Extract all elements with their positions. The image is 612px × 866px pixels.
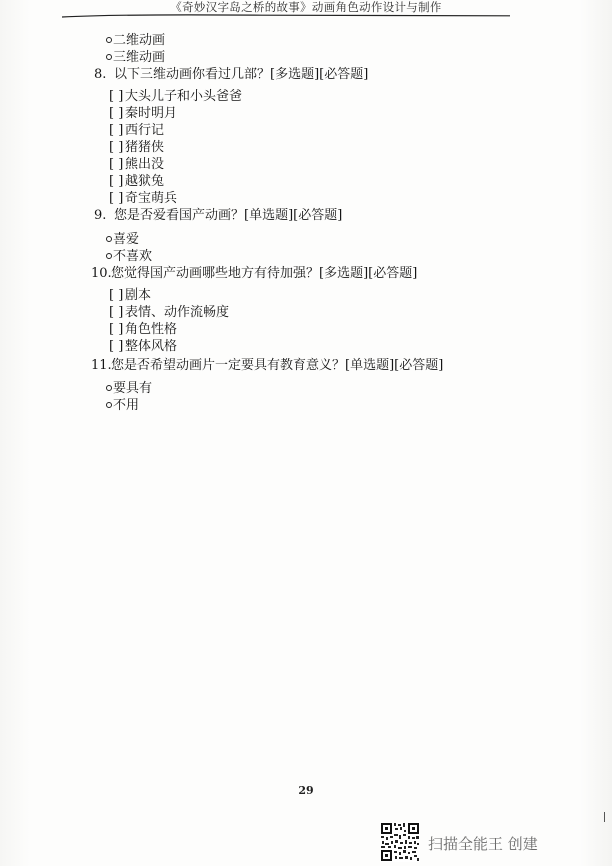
question-title: 您觉得国产动画哪些地方有待加强？ <box>111 266 319 281</box>
question-type: [单选题] <box>345 358 394 373</box>
question-required: [必答题] <box>319 67 368 82</box>
checkbox-icon: [ ] <box>109 140 125 156</box>
checkbox-icon: [ ] <box>109 123 125 139</box>
checkbox-option[interactable]: [ ]奇宝萌兵 <box>109 191 177 207</box>
checkbox-option[interactable]: [ ]大头儿子和小头爸爸 <box>109 89 242 105</box>
radio-circle-icon <box>106 402 112 408</box>
checkbox-option[interactable]: [ ]西行记 <box>109 123 164 139</box>
checkbox-option[interactable]: [ ]越狱兔 <box>109 174 164 190</box>
radio-option[interactable]: 喜爱 <box>106 232 139 248</box>
radio-circle-icon <box>106 236 112 242</box>
checkbox-icon: [ ] <box>109 288 125 304</box>
checkbox-icon: [ ] <box>109 106 125 122</box>
qr-code-icon <box>380 822 420 862</box>
checkbox-option[interactable]: [ ]整体风格 <box>109 339 177 355</box>
question-title: 您是否希望动画片一定要具有教育意义？ <box>111 358 345 373</box>
watermark-text: 扫描全能王 创建 <box>428 833 538 854</box>
radio-option[interactable]: 要具有 <box>106 381 152 397</box>
question-heading: 11.您是否希望动画片一定要具有教育意义？[单选题][必答题] <box>91 358 443 374</box>
question-number: 10. <box>91 266 111 282</box>
radio-circle-icon <box>106 37 112 43</box>
checkbox-icon: [ ] <box>109 339 125 355</box>
checkbox-option[interactable]: [ ]猪猪侠 <box>109 140 164 156</box>
radio-circle-icon <box>106 253 112 259</box>
page-number: 29 <box>0 784 612 797</box>
header-rule <box>62 14 510 16</box>
question-heading: 9.您是否爱看国产动画？[单选题][必答题] <box>94 208 342 224</box>
radio-option[interactable]: 三维动画 <box>106 50 165 66</box>
checkbox-option[interactable]: [ ]秦时明月 <box>109 106 177 122</box>
radio-option[interactable]: 不喜欢 <box>106 249 152 265</box>
scanned-page-background <box>0 0 612 866</box>
question-required: [必答题] <box>368 266 417 281</box>
checkbox-option[interactable]: [ ]熊出没 <box>109 157 164 173</box>
checkbox-option[interactable]: [ ]角色性格 <box>109 322 177 338</box>
checkbox-icon: [ ] <box>109 157 125 173</box>
checkbox-icon: [ ] <box>109 322 125 338</box>
question-required: [必答题] <box>394 358 443 373</box>
radio-circle-icon <box>106 385 112 391</box>
question-title: 您是否爱看国产动画？ <box>114 208 244 223</box>
question-type: [多选题] <box>319 266 368 281</box>
question-type: [多选题] <box>270 67 319 82</box>
checkbox-icon: [ ] <box>109 191 125 207</box>
question-type: [单选题] <box>244 208 293 223</box>
question-heading: 10.您觉得国产动画哪些地方有待加强？[多选题][必答题] <box>91 266 417 282</box>
question-title: 以下三维动画你看过几部？ <box>114 67 270 82</box>
radio-option[interactable]: 不用 <box>106 398 139 414</box>
question-number: 11. <box>91 358 111 374</box>
question-number: 8. <box>94 67 114 83</box>
scanner-watermark: 扫描全能王 创建 <box>380 820 612 864</box>
question-required: [必答题] <box>293 208 342 223</box>
checkbox-option[interactable]: [ ]剧本 <box>109 288 151 304</box>
question-heading: 8.以下三维动画你看过几部？[多选题][必答题] <box>94 67 368 83</box>
checkbox-icon: [ ] <box>109 305 125 321</box>
checkbox-icon: [ ] <box>109 89 125 105</box>
radio-option[interactable]: 二维动画 <box>106 33 165 49</box>
radio-circle-icon <box>106 54 112 60</box>
running-header: 《奇妙汉字岛之桥的故事》动画角色动作设计与制作 <box>0 0 612 14</box>
checkbox-icon: [ ] <box>109 174 125 190</box>
question-number: 9. <box>94 208 114 224</box>
checkbox-option[interactable]: [ ]表情、动作流畅度 <box>109 305 229 321</box>
